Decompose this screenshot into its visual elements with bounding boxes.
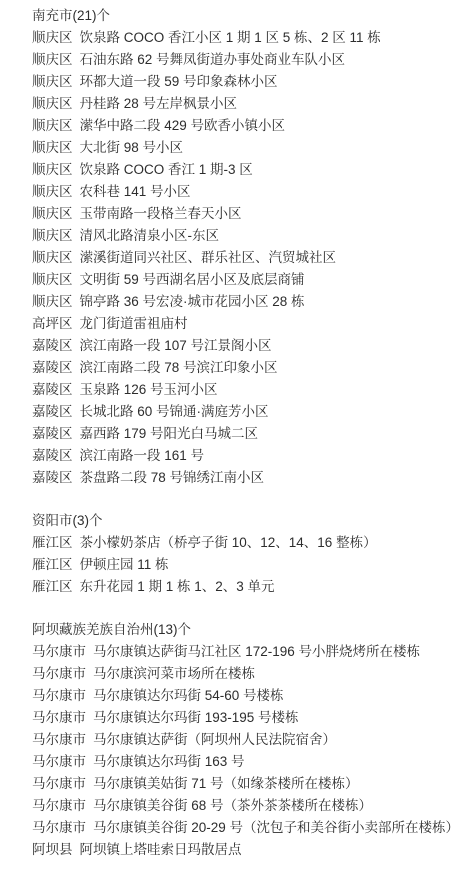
risk-area-row: 顺庆区清风北路清泉小区-东区	[32, 225, 452, 247]
district-label: 顺庆区	[32, 162, 73, 177]
risk-area-row: 雁江区茶小檬奶茶店（桥亭子街 10、12、14、16 整栋）	[32, 532, 452, 554]
address-text: 石油东路 62 号舞凤街道办事处商业车队小区	[80, 52, 346, 67]
address-text: 文明街 59 号西湖名居小区及底层商铺	[80, 272, 305, 287]
city-header: 南充市(21)个	[32, 5, 452, 27]
city-header: 阿坝藏族羌族自治州(13)个	[32, 619, 452, 641]
risk-area-row: 嘉陵区滨江南路一段 107 号江景阁小区	[32, 335, 452, 357]
risk-area-row: 雁江区东升花园 1 期 1 栋 1、2、3 单元	[32, 576, 452, 598]
city-header: 资阳市(3)个	[32, 510, 452, 532]
risk-area-row: 顺庆区环都大道一段 59 号印象森林小区	[32, 71, 452, 93]
district-label: 嘉陵区	[32, 448, 73, 463]
risk-area-row: 顺庆区文明街 59 号西湖名居小区及底层商铺	[32, 269, 452, 291]
district-label: 阿坝县	[32, 842, 73, 857]
district-label: 雁江区	[32, 535, 73, 550]
risk-area-row: 顺庆区玉带南路一段格兰春天小区	[32, 203, 452, 225]
risk-area-row: 马尔康市马尔康镇达尔玛街 54-60 号楼栋	[32, 685, 452, 707]
risk-area-row: 雁江区伊顿庄园 11 栋	[32, 554, 452, 576]
address-text: 滨江南路一段 161 号	[80, 448, 205, 463]
district-label: 顺庆区	[32, 250, 73, 265]
address-text: 马尔康镇达萨街（阿坝州人民法院宿舍）	[93, 732, 336, 747]
district-label: 嘉陵区	[32, 426, 73, 441]
address-text: 茶盘路二段 78 号锦绣江南小区	[80, 470, 265, 485]
address-text: 马尔康镇美姑街 71 号（如缘茶楼所在楼栋）	[93, 776, 359, 791]
district-label: 马尔康市	[32, 644, 86, 659]
district-label: 顺庆区	[32, 272, 73, 287]
risk-area-row: 阿坝县阿坝镇上塔哇索日玛散居点	[32, 839, 452, 861]
district-label: 顺庆区	[32, 206, 73, 221]
district-label: 马尔康市	[32, 820, 86, 835]
risk-area-row: 马尔康市马尔康滨河菜市场所在楼栋	[32, 663, 452, 685]
district-label: 嘉陵区	[32, 360, 73, 375]
risk-area-row: 嘉陵区滨江南路二段 78 号滨江印象小区	[32, 357, 452, 379]
risk-area-row: 顺庆区农科巷 141 号小区	[32, 181, 452, 203]
risk-area-row: 顺庆区潆溪街道同兴社区、群乐社区、汽贸城社区	[32, 247, 452, 269]
risk-area-row: 嘉陵区滨江南路一段 161 号	[32, 445, 452, 467]
risk-area-row: 顺庆区饮泉路 COCO 香江小区 1 期 1 区 5 栋、2 区 11 栋	[32, 27, 452, 49]
district-label: 马尔康市	[32, 732, 86, 747]
district-label: 顺庆区	[32, 184, 73, 199]
address-text: 滨江南路一段 107 号江景阁小区	[80, 338, 272, 353]
risk-area-row: 马尔康市马尔康镇美姑街 71 号（如缘茶楼所在楼栋）	[32, 773, 452, 795]
risk-area-row: 顺庆区石油东路 62 号舞凤街道办事处商业车队小区	[32, 49, 452, 71]
address-text: 马尔康镇达尔玛街 193-195 号楼栋	[93, 710, 299, 725]
address-text: 马尔康镇达尔玛街 163 号	[93, 754, 245, 769]
risk-area-row: 马尔康市马尔康镇美谷街 68 号（茶外茶茶楼所在楼栋）	[32, 795, 452, 817]
district-label: 顺庆区	[32, 294, 73, 309]
risk-area-row: 顺庆区大北街 98 号小区	[32, 137, 452, 159]
district-label: 顺庆区	[32, 140, 73, 155]
risk-area-row: 马尔康市马尔康镇达萨街马江社区 172-196 号小胖烧烤所在楼栋	[32, 641, 452, 663]
address-text: 饮泉路 COCO 香江小区 1 期 1 区 5 栋、2 区 11 栋	[80, 30, 381, 45]
city-section: 资阳市(3)个雁江区茶小檬奶茶店（桥亭子街 10、12、14、16 整栋）雁江区…	[32, 510, 452, 598]
address-text: 玉带南路一段格兰春天小区	[80, 206, 242, 221]
district-label: 马尔康市	[32, 710, 86, 725]
address-text: 马尔康滨河菜市场所在楼栋	[93, 666, 255, 681]
address-text: 玉泉路 126 号玉河小区	[80, 382, 218, 397]
address-text: 长城北路 60 号锦通·满庭芳小区	[80, 404, 269, 419]
risk-area-row: 马尔康市马尔康镇达尔玛街 193-195 号楼栋	[32, 707, 452, 729]
risk-area-list: 南充市(21)个顺庆区饮泉路 COCO 香江小区 1 期 1 区 5 栋、2 区…	[0, 0, 456, 861]
risk-area-row: 顺庆区潆华中路二段 429 号欧香小镇小区	[32, 115, 452, 137]
address-text: 环都大道一段 59 号印象森林小区	[80, 74, 278, 89]
risk-area-row: 马尔康市马尔康镇达萨街（阿坝州人民法院宿舍）	[32, 729, 452, 751]
risk-area-row: 顺庆区丹桂路 28 号左岸枫景小区	[32, 93, 452, 115]
address-text: 龙门街道雷祖庙村	[80, 316, 188, 331]
address-text: 茶小檬奶茶店（桥亭子街 10、12、14、16 整栋）	[80, 535, 377, 550]
district-label: 顺庆区	[32, 96, 73, 111]
district-label: 雁江区	[32, 557, 73, 572]
address-text: 农科巷 141 号小区	[80, 184, 191, 199]
district-label: 马尔康市	[32, 754, 86, 769]
district-label: 马尔康市	[32, 688, 86, 703]
address-text: 潆溪街道同兴社区、群乐社区、汽贸城社区	[80, 250, 337, 265]
address-text: 饮泉路 COCO 香江 1 期-3 区	[80, 162, 253, 177]
district-label: 马尔康市	[32, 798, 86, 813]
risk-area-row: 马尔康市马尔康镇达尔玛街 163 号	[32, 751, 452, 773]
address-text: 滨江南路二段 78 号滨江印象小区	[80, 360, 278, 375]
district-label: 马尔康市	[32, 776, 86, 791]
address-text: 马尔康镇美谷街 68 号（茶外茶茶楼所在楼栋）	[93, 798, 372, 813]
address-text: 潆华中路二段 429 号欧香小镇小区	[80, 118, 286, 133]
risk-area-row: 嘉陵区嘉西路 179 号阳光白马城二区	[32, 423, 452, 445]
district-label: 顺庆区	[32, 30, 73, 45]
district-label: 顺庆区	[32, 52, 73, 67]
address-text: 大北街 98 号小区	[80, 140, 184, 155]
address-text: 马尔康镇美谷街 20-29 号（沈包子和美谷街小卖部所在楼栋）	[93, 820, 456, 835]
address-text: 锦亭路 36 号宏凌·城市花园小区 28 栋	[80, 294, 305, 309]
address-text: 马尔康镇达萨街马江社区 172-196 号小胖烧烤所在楼栋	[93, 644, 420, 659]
city-section: 南充市(21)个顺庆区饮泉路 COCO 香江小区 1 期 1 区 5 栋、2 区…	[32, 5, 452, 489]
district-label: 嘉陵区	[32, 470, 73, 485]
risk-area-row: 嘉陵区茶盘路二段 78 号锦绣江南小区	[32, 467, 452, 489]
district-label: 马尔康市	[32, 666, 86, 681]
city-section: 阿坝藏族羌族自治州(13)个马尔康市马尔康镇达萨街马江社区 172-196 号小…	[32, 619, 452, 861]
risk-area-row: 马尔康市马尔康镇美谷街 20-29 号（沈包子和美谷街小卖部所在楼栋）	[32, 817, 452, 839]
address-text: 嘉西路 179 号阳光白马城二区	[80, 426, 259, 441]
address-text: 东升花园 1 期 1 栋 1、2、3 单元	[80, 579, 275, 594]
address-text: 马尔康镇达尔玛街 54-60 号楼栋	[93, 688, 284, 703]
district-label: 嘉陵区	[32, 382, 73, 397]
district-label: 顺庆区	[32, 228, 73, 243]
district-label: 顺庆区	[32, 118, 73, 133]
district-label: 嘉陵区	[32, 338, 73, 353]
address-text: 阿坝镇上塔哇索日玛散居点	[80, 842, 242, 857]
risk-area-row: 高坪区龙门街道雷祖庙村	[32, 313, 452, 335]
risk-area-row: 嘉陵区长城北路 60 号锦通·满庭芳小区	[32, 401, 452, 423]
risk-area-row: 嘉陵区玉泉路 126 号玉河小区	[32, 379, 452, 401]
district-label: 雁江区	[32, 579, 73, 594]
district-label: 顺庆区	[32, 74, 73, 89]
district-label: 高坪区	[32, 316, 73, 331]
address-text: 丹桂路 28 号左岸枫景小区	[80, 96, 238, 111]
address-text: 伊顿庄园 11 栋	[80, 557, 169, 572]
district-label: 嘉陵区	[32, 404, 73, 419]
risk-area-row: 顺庆区锦亭路 36 号宏凌·城市花园小区 28 栋	[32, 291, 452, 313]
address-text: 清风北路清泉小区-东区	[80, 228, 220, 243]
risk-area-row: 顺庆区饮泉路 COCO 香江 1 期-3 区	[32, 159, 452, 181]
